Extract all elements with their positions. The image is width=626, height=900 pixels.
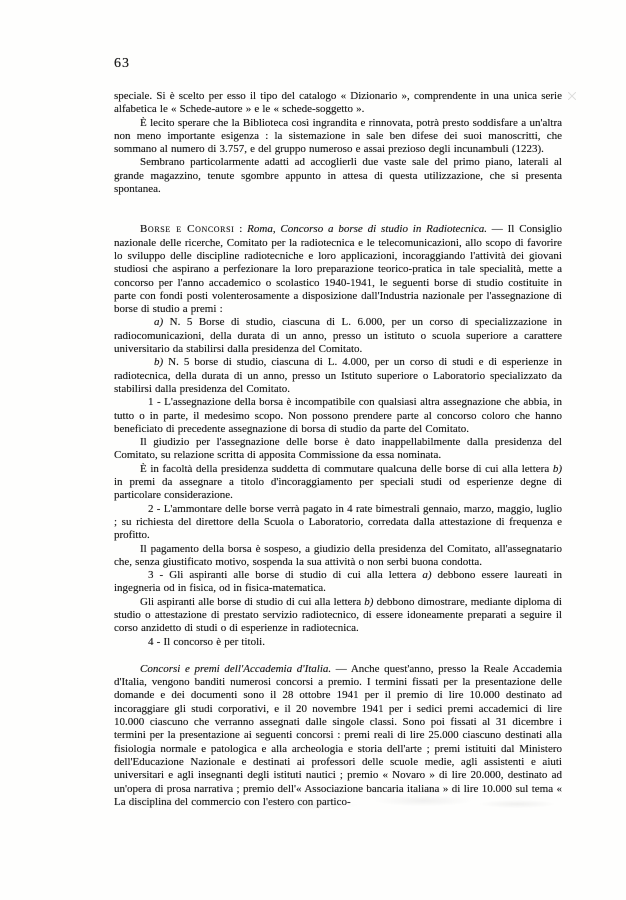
paragraph-aspiranti-b: Gli aspiranti alle borse di studio di cu… [114, 596, 562, 636]
document-page: 63 speciale. Si è scelto per esso il tip… [0, 0, 626, 900]
text-segment: Il giudizio per l'assegnazione delle bor… [114, 436, 562, 461]
text-block: speciale. Si è scelto per esso il tipo d… [114, 90, 562, 809]
text-segment: Concorsi e premi dell'Accademia d'Italia… [140, 663, 331, 675]
text-segment: : [234, 223, 247, 235]
paragraph-rule-3: 3 - Gli aspiranti alle borse di studio d… [114, 569, 562, 596]
text-segment: a) [154, 316, 163, 328]
text-segment: N. 5 Borse di studio, ciascuna di L. 6.0… [114, 316, 562, 355]
paragraph-sale: Sembrano particolarmente adatti ad accog… [114, 156, 562, 196]
text-segment: 4 - Il concorso è per titoli. [148, 636, 265, 648]
text-segment: in premi da assegnare a titolo d'incorag… [114, 476, 562, 501]
paragraph-item-a: a) N. 5 Borse di studio, ciascuna di L. … [114, 316, 562, 356]
paragraph-catalogo: speciale. Si è scelto per esso il tipo d… [114, 90, 562, 117]
text-segment: È lecito sperare che la Biblioteca così … [114, 117, 562, 156]
text-segment: — Il Consiglio nazionale delle ricerche,… [114, 223, 562, 315]
paragraph-rule-2: 2 - L'ammontare delle borse verrà pagato… [114, 503, 562, 543]
text-segment: Sembrano particolarmente adatti ad accog… [114, 156, 562, 195]
paragraph-borse-e-concorsi: Borse e Concorsi : Roma, Concorso a bors… [114, 223, 562, 316]
paragraph-item-b: b) N. 5 borse di studio, ciascuna di L. … [114, 356, 562, 396]
paragraph-giudizio: Il giudizio per l'assegnazione delle bor… [114, 436, 562, 463]
text-segment: b) [553, 463, 562, 475]
paragraph-pagamento: Il pagamento della borsa è sospeso, a gi… [114, 543, 562, 570]
text-segment: Borse e Concorsi [140, 223, 234, 235]
scan-artifact-smudge [85, 793, 555, 815]
paragraph-biblioteca: È lecito sperare che la Biblioteca così … [114, 117, 562, 157]
paragraph-accademia-italia: Concorsi e premi dell'Accademia d'Italia… [114, 663, 562, 809]
text-segment: Roma, Concorso a borse di studio in Radi… [247, 223, 487, 235]
text-segment: 2 - L'ammontare delle borse verrà pagato… [114, 503, 562, 542]
page-number: 63 [114, 56, 130, 72]
text-segment: speciale. Si è scelto per esso il tipo d… [114, 90, 562, 115]
scan-artifact-mark [568, 92, 576, 100]
text-segment: Gli aspiranti alle borse di studio di cu… [140, 596, 364, 608]
text-segment: 3 - Gli aspiranti alle borse di studio d… [148, 569, 422, 581]
text-segment: N. 5 borse di studio, ciascuna di L. 4.0… [114, 356, 562, 395]
text-segment: — Anche quest'anno, presso la Reale Acca… [114, 663, 562, 808]
text-segment: Il pagamento della borsa è sospeso, a gi… [114, 543, 562, 568]
text-segment: È in facoltà della presidenza suddetta d… [140, 463, 553, 475]
paragraph-rule-4: 4 - Il concorso è per titoli. [114, 636, 562, 649]
paragraph-facolta: È in facoltà della presidenza suddetta d… [114, 463, 562, 503]
paragraph-rule-1: 1 - L'assegnazione della borsa è incompa… [114, 396, 562, 436]
text-segment: 1 - L'assegnazione della borsa è incompa… [114, 396, 562, 435]
text-segment: b) [154, 356, 163, 368]
